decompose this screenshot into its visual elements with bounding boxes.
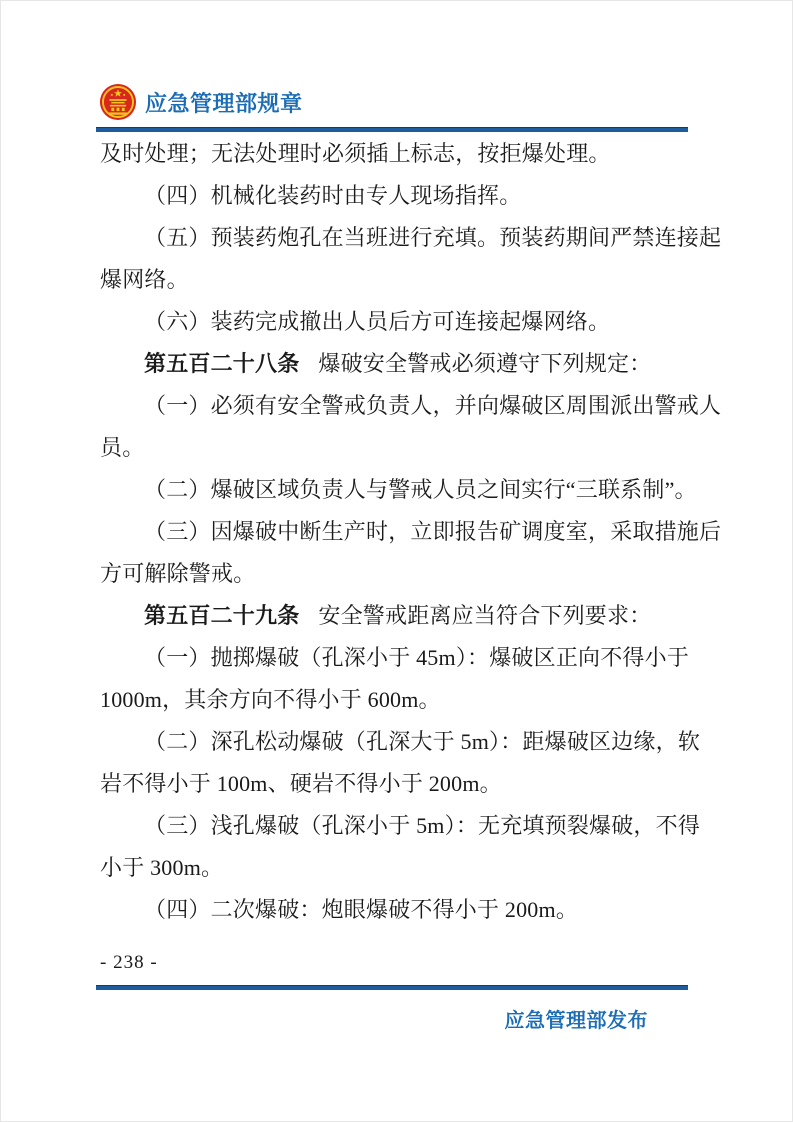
body-line: （一）抛掷爆破（孔深小于 45m）：爆破区正向不得小于 (100, 637, 700, 679)
body-line-text: （四）二次爆破：炮眼爆破不得小于 200m。 (144, 897, 578, 922)
publisher-label: 应急管理部发布 (505, 1004, 649, 1033)
body-line: （二）爆破区域负责人与警戒人员之间实行“三联系制”。 (100, 469, 700, 511)
body-line-text: 爆破安全警戒必须遵守下列规定： (318, 351, 651, 376)
body-line: （五）预装药炮孔在当班进行充填。预装药期间严禁连接起 (100, 217, 700, 259)
document-page: 应急管理部规章 及时处理；无法处理时必须插上标志，按拒爆处理。（四）机械化装药时… (0, 0, 793, 1122)
body-line: 爆网络。 (100, 259, 700, 301)
body-line-text: 方可解除警戒。 (100, 561, 255, 586)
body-line: （六）装药完成撤出人员后方可连接起爆网络。 (100, 301, 700, 343)
body-line: 及时处理；无法处理时必须插上标志，按拒爆处理。 (100, 133, 700, 175)
body-line: （三）因爆破中断生产时，立即报告矿调度室，采取措施后 (100, 511, 700, 553)
body-line: （一）必须有安全警戒负责人，并向爆破区周围派出警戒人 (100, 385, 700, 427)
body-line: （四）机械化装药时由专人现场指挥。 (100, 175, 700, 217)
body-line-text: 岩不得小于 100m、硬岩不得小于 200m。 (100, 771, 502, 796)
body-line: 小于 300m。 (100, 847, 700, 889)
page-title: 应急管理部规章 (145, 87, 303, 118)
body-line-text: 爆网络。 (100, 267, 189, 292)
body-line: 方可解除警戒。 (100, 553, 700, 595)
body-line-text: （六）装药完成撤出人员后方可连接起爆网络。 (144, 309, 610, 334)
body-line: （三）浅孔爆破（孔深小于 5m）：无充填预裂爆破，不得 (100, 805, 700, 847)
national-emblem-icon (99, 83, 137, 121)
body-line-text: 小于 300m。 (100, 855, 223, 880)
body-line-text: （一）必须有安全警戒负责人，并向爆破区周围派出警戒人 (144, 393, 721, 418)
document-body: 及时处理；无法处理时必须插上标志，按拒爆处理。（四）机械化装药时由专人现场指挥。… (100, 133, 700, 931)
body-line-text: （二）爆破区域负责人与警戒人员之间实行“三联系制”。 (144, 477, 697, 502)
body-line: （二）深孔松动爆破（孔深大于 5m）：距爆破区边缘，软 (100, 721, 700, 763)
article-number: 第五百二十八条 (144, 351, 299, 376)
body-line-text: 员。 (100, 435, 144, 460)
body-line-text: （五）预装药炮孔在当班进行充填。预装药期间严禁连接起 (144, 225, 721, 250)
body-line-text: 及时处理；无法处理时必须插上标志，按拒爆处理。 (100, 141, 611, 166)
body-line: 岩不得小于 100m、硬岩不得小于 200m。 (100, 763, 700, 805)
body-line: （四）二次爆破：炮眼爆破不得小于 200m。 (100, 889, 700, 931)
header-divider (96, 127, 688, 132)
body-line-text: 安全警戒距离应当符合下列要求： (318, 603, 651, 628)
body-line-text: （三）浅孔爆破（孔深小于 5m）：无充填预裂爆破，不得 (144, 813, 700, 838)
page-number: - 238 - (100, 950, 158, 976)
footer-divider (96, 985, 688, 990)
page-header: 应急管理部规章 (99, 83, 303, 121)
body-line: 1000m，其余方向不得小于 600m。 (100, 679, 700, 721)
body-line: 员。 (100, 427, 700, 469)
body-line-text: 1000m，其余方向不得小于 600m。 (100, 687, 441, 712)
body-line: 第五百二十八条爆破安全警戒必须遵守下列规定： (100, 343, 700, 385)
body-line-text: （四）机械化装药时由专人现场指挥。 (144, 183, 521, 208)
body-line-text: （一）抛掷爆破（孔深小于 45m）：爆破区正向不得小于 (144, 645, 689, 670)
body-line: 第五百二十九条安全警戒距离应当符合下列要求： (100, 595, 700, 637)
article-number: 第五百二十九条 (144, 603, 299, 628)
body-line-text: （二）深孔松动爆破（孔深大于 5m）：距爆破区边缘，软 (144, 729, 700, 754)
body-line-text: （三）因爆破中断生产时，立即报告矿调度室，采取措施后 (144, 519, 721, 544)
